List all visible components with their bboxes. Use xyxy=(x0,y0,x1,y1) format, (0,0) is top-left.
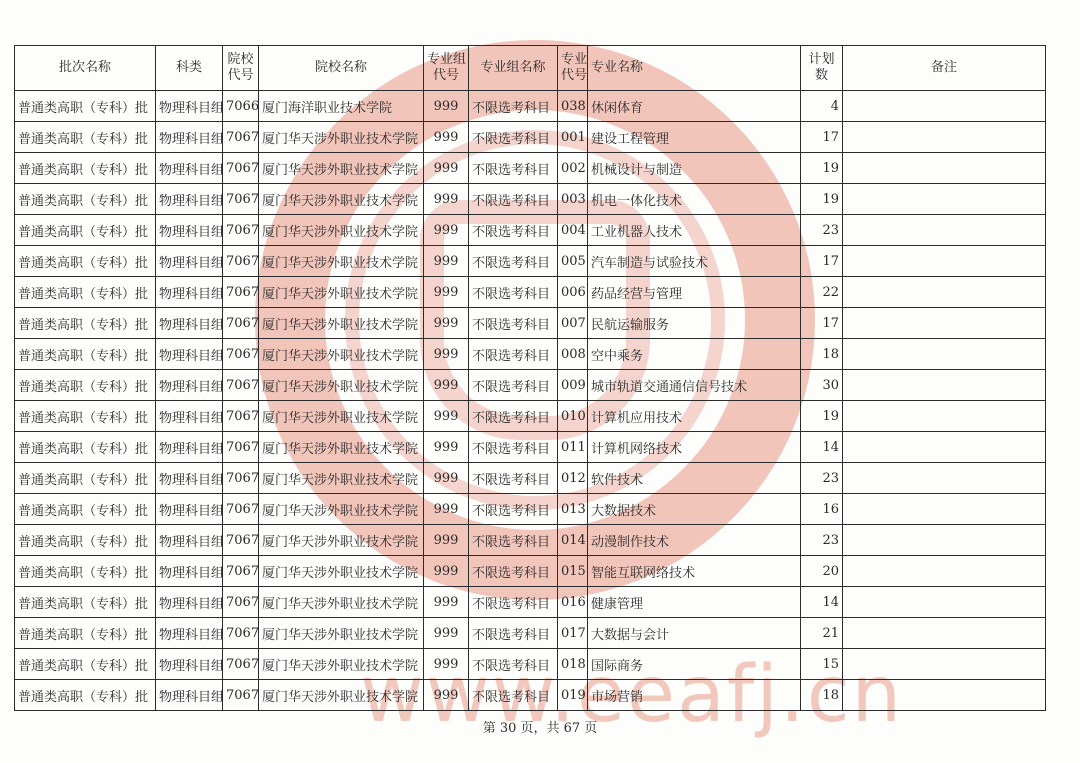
cell-school-code: 7067 xyxy=(223,308,259,339)
cell-school-name: 厦门华天涉外职业技术学院 xyxy=(259,525,424,556)
cell-plan: 18 xyxy=(801,339,843,370)
cell-major-name: 大数据技术 xyxy=(588,494,801,525)
cell-plan: 18 xyxy=(801,680,843,711)
header-category: 科类 xyxy=(156,46,223,91)
header-remarks: 备注 xyxy=(843,46,1046,91)
cell-batch: 普通类高职（专科）批 xyxy=(15,339,156,370)
cell-plan: 21 xyxy=(801,618,843,649)
cell-school-name: 厦门华天涉外职业技术学院 xyxy=(259,432,424,463)
cell-school-name: 厦门华天涉外职业技术学院 xyxy=(259,494,424,525)
cell-category: 物理科目组 xyxy=(156,277,223,308)
cell-school-name: 厦门华天涉外职业技术学院 xyxy=(259,649,424,680)
cell-major-code: 010 xyxy=(558,401,588,432)
cell-group-code: 999 xyxy=(424,339,469,370)
header-school-name: 院校名称 xyxy=(259,46,424,91)
cell-major-name: 休闲体育 xyxy=(588,91,801,122)
cell-group-code: 999 xyxy=(424,680,469,711)
table-row: 普通类高职（专科）批物理科目组7067厦门华天涉外职业技术学院999不限选考科目… xyxy=(15,649,1046,680)
cell-group-code: 999 xyxy=(424,556,469,587)
cell-school-code: 7067 xyxy=(223,494,259,525)
cell-group-name: 不限选考科目 xyxy=(469,246,558,277)
cell-major-name: 机械设计与制造 xyxy=(588,153,801,184)
cell-major-code: 004 xyxy=(558,215,588,246)
table-row: 普通类高职（专科）批物理科目组7067厦门华天涉外职业技术学院999不限选考科目… xyxy=(15,432,1046,463)
cell-batch: 普通类高职（专科）批 xyxy=(15,215,156,246)
cell-school-name: 厦门华天涉外职业技术学院 xyxy=(259,680,424,711)
cell-remarks xyxy=(843,525,1046,556)
table-row: 普通类高职（专科）批物理科目组7067厦门华天涉外职业技术学院999不限选考科目… xyxy=(15,680,1046,711)
cell-batch: 普通类高职（专科）批 xyxy=(15,122,156,153)
cell-category: 物理科目组 xyxy=(156,246,223,277)
cell-batch: 普通类高职（专科）批 xyxy=(15,153,156,184)
cell-plan: 19 xyxy=(801,401,843,432)
admission-plan-table: 批次名称 科类 院校代号 院校名称 专业组代号 专业组名称 专业代号 专业名称 … xyxy=(14,45,1046,711)
cell-category: 物理科目组 xyxy=(156,680,223,711)
cell-group-name: 不限选考科目 xyxy=(469,587,558,618)
cell-major-name: 城市轨道交通通信信号技术 xyxy=(588,370,801,401)
header-batch: 批次名称 xyxy=(15,46,156,91)
cell-group-name: 不限选考科目 xyxy=(469,184,558,215)
cell-major-name: 动漫制作技术 xyxy=(588,525,801,556)
cell-major-name: 民航运输服务 xyxy=(588,308,801,339)
table-row: 普通类高职（专科）批物理科目组7067厦门华天涉外职业技术学院999不限选考科目… xyxy=(15,587,1046,618)
cell-plan: 4 xyxy=(801,91,843,122)
cell-school-code: 7067 xyxy=(223,432,259,463)
cell-major-code: 038 xyxy=(558,91,588,122)
cell-category: 物理科目组 xyxy=(156,215,223,246)
cell-group-code: 999 xyxy=(424,463,469,494)
table-body: 普通类高职（专科）批物理科目组7066厦门海洋职业技术学院999不限选考科目03… xyxy=(15,91,1046,711)
cell-batch: 普通类高职（专科）批 xyxy=(15,91,156,122)
document-page: www.eeafj.cn 批次名称 科类 院校代号 院校名称 专业组代号 专业组… xyxy=(0,0,1080,763)
cell-group-name: 不限选考科目 xyxy=(469,432,558,463)
cell-major-code: 017 xyxy=(558,618,588,649)
cell-batch: 普通类高职（专科）批 xyxy=(15,494,156,525)
cell-school-name: 厦门华天涉外职业技术学院 xyxy=(259,308,424,339)
cell-major-code: 019 xyxy=(558,680,588,711)
cell-group-name: 不限选考科目 xyxy=(469,463,558,494)
header-school-code: 院校代号 xyxy=(223,46,259,91)
cell-category: 物理科目组 xyxy=(156,618,223,649)
cell-major-code: 012 xyxy=(558,463,588,494)
table-row: 普通类高职（专科）批物理科目组7067厦门华天涉外职业技术学院999不限选考科目… xyxy=(15,494,1046,525)
cell-school-name: 厦门华天涉外职业技术学院 xyxy=(259,370,424,401)
cell-remarks xyxy=(843,308,1046,339)
cell-remarks xyxy=(843,680,1046,711)
cell-school-name: 厦门华天涉外职业技术学院 xyxy=(259,184,424,215)
cell-category: 物理科目组 xyxy=(156,587,223,618)
cell-major-name: 市场营销 xyxy=(588,680,801,711)
cell-school-code: 7067 xyxy=(223,277,259,308)
cell-category: 物理科目组 xyxy=(156,122,223,153)
cell-school-code: 7067 xyxy=(223,339,259,370)
cell-school-code: 7067 xyxy=(223,463,259,494)
cell-batch: 普通类高职（专科）批 xyxy=(15,432,156,463)
cell-major-code: 005 xyxy=(558,246,588,277)
cell-category: 物理科目组 xyxy=(156,525,223,556)
cell-school-name: 厦门海洋职业技术学院 xyxy=(259,91,424,122)
cell-category: 物理科目组 xyxy=(156,370,223,401)
cell-group-code: 999 xyxy=(424,246,469,277)
cell-remarks xyxy=(843,401,1046,432)
cell-remarks xyxy=(843,246,1046,277)
page-number: 第 30 页，共 67 页 xyxy=(0,717,1080,736)
cell-batch: 普通类高职（专科）批 xyxy=(15,184,156,215)
cell-school-name: 厦门华天涉外职业技术学院 xyxy=(259,339,424,370)
cell-school-code: 7067 xyxy=(223,246,259,277)
cell-major-code: 001 xyxy=(558,122,588,153)
header-plan: 计划数 xyxy=(801,46,843,91)
cell-school-name: 厦门华天涉外职业技术学院 xyxy=(259,246,424,277)
cell-plan: 19 xyxy=(801,153,843,184)
cell-category: 物理科目组 xyxy=(156,184,223,215)
cell-category: 物理科目组 xyxy=(156,556,223,587)
cell-group-name: 不限选考科目 xyxy=(469,618,558,649)
table-row: 普通类高职（专科）批物理科目组7067厦门华天涉外职业技术学院999不限选考科目… xyxy=(15,525,1046,556)
cell-school-code: 7067 xyxy=(223,587,259,618)
cell-remarks xyxy=(843,184,1046,215)
cell-plan: 23 xyxy=(801,463,843,494)
cell-category: 物理科目组 xyxy=(156,91,223,122)
cell-group-name: 不限选考科目 xyxy=(469,401,558,432)
cell-plan: 17 xyxy=(801,246,843,277)
table-row: 普通类高职（专科）批物理科目组7067厦门华天涉外职业技术学院999不限选考科目… xyxy=(15,246,1046,277)
cell-group-code: 999 xyxy=(424,91,469,122)
cell-group-name: 不限选考科目 xyxy=(469,308,558,339)
cell-category: 物理科目组 xyxy=(156,432,223,463)
cell-group-name: 不限选考科目 xyxy=(469,91,558,122)
cell-school-code: 7067 xyxy=(223,153,259,184)
cell-group-code: 999 xyxy=(424,308,469,339)
cell-remarks xyxy=(843,153,1046,184)
header-group-name: 专业组名称 xyxy=(469,46,558,91)
cell-major-code: 008 xyxy=(558,339,588,370)
table-row: 普通类高职（专科）批物理科目组7067厦门华天涉外职业技术学院999不限选考科目… xyxy=(15,401,1046,432)
cell-batch: 普通类高职（专科）批 xyxy=(15,277,156,308)
cell-batch: 普通类高职（专科）批 xyxy=(15,370,156,401)
cell-batch: 普通类高职（专科）批 xyxy=(15,649,156,680)
cell-major-name: 机电一体化技术 xyxy=(588,184,801,215)
cell-remarks xyxy=(843,432,1046,463)
cell-school-code: 7066 xyxy=(223,91,259,122)
cell-plan: 20 xyxy=(801,556,843,587)
cell-group-code: 999 xyxy=(424,215,469,246)
cell-remarks xyxy=(843,370,1046,401)
cell-batch: 普通类高职（专科）批 xyxy=(15,246,156,277)
cell-school-code: 7067 xyxy=(223,618,259,649)
cell-school-code: 7067 xyxy=(223,215,259,246)
cell-category: 物理科目组 xyxy=(156,649,223,680)
cell-school-name: 厦门华天涉外职业技术学院 xyxy=(259,587,424,618)
cell-group-code: 999 xyxy=(424,618,469,649)
cell-category: 物理科目组 xyxy=(156,153,223,184)
cell-batch: 普通类高职（专科）批 xyxy=(15,680,156,711)
table-row: 普通类高职（专科）批物理科目组7067厦门华天涉外职业技术学院999不限选考科目… xyxy=(15,122,1046,153)
cell-plan: 22 xyxy=(801,277,843,308)
cell-major-code: 018 xyxy=(558,649,588,680)
table-row: 普通类高职（专科）批物理科目组7067厦门华天涉外职业技术学院999不限选考科目… xyxy=(15,277,1046,308)
cell-school-name: 厦门华天涉外职业技术学院 xyxy=(259,463,424,494)
cell-remarks xyxy=(843,556,1046,587)
header-major-code: 专业代号 xyxy=(558,46,588,91)
cell-school-code: 7067 xyxy=(223,401,259,432)
cell-school-code: 7067 xyxy=(223,649,259,680)
cell-school-code: 7067 xyxy=(223,680,259,711)
cell-major-name: 国际商务 xyxy=(588,649,801,680)
cell-batch: 普通类高职（专科）批 xyxy=(15,587,156,618)
cell-group-code: 999 xyxy=(424,432,469,463)
cell-group-code: 999 xyxy=(424,525,469,556)
cell-remarks xyxy=(843,649,1046,680)
cell-group-code: 999 xyxy=(424,587,469,618)
cell-major-code: 016 xyxy=(558,587,588,618)
cell-group-name: 不限选考科目 xyxy=(469,556,558,587)
table-row: 普通类高职（专科）批物理科目组7067厦门华天涉外职业技术学院999不限选考科目… xyxy=(15,184,1046,215)
cell-remarks xyxy=(843,494,1046,525)
cell-category: 物理科目组 xyxy=(156,308,223,339)
cell-school-code: 7067 xyxy=(223,556,259,587)
cell-batch: 普通类高职（专科）批 xyxy=(15,618,156,649)
cell-school-name: 厦门华天涉外职业技术学院 xyxy=(259,618,424,649)
cell-group-code: 999 xyxy=(424,184,469,215)
cell-group-code: 999 xyxy=(424,649,469,680)
header-major-name: 专业名称 xyxy=(588,46,801,91)
cell-major-code: 011 xyxy=(558,432,588,463)
cell-group-name: 不限选考科目 xyxy=(469,277,558,308)
cell-remarks xyxy=(843,91,1046,122)
cell-group-name: 不限选考科目 xyxy=(469,494,558,525)
cell-major-code: 006 xyxy=(558,277,588,308)
cell-plan: 23 xyxy=(801,215,843,246)
table-row: 普通类高职（专科）批物理科目组7067厦门华天涉外职业技术学院999不限选考科目… xyxy=(15,618,1046,649)
cell-category: 物理科目组 xyxy=(156,494,223,525)
cell-group-name: 不限选考科目 xyxy=(469,649,558,680)
cell-batch: 普通类高职（专科）批 xyxy=(15,308,156,339)
cell-plan: 30 xyxy=(801,370,843,401)
cell-group-name: 不限选考科目 xyxy=(469,525,558,556)
table-row: 普通类高职（专科）批物理科目组7067厦门华天涉外职业技术学院999不限选考科目… xyxy=(15,215,1046,246)
cell-plan: 14 xyxy=(801,587,843,618)
cell-remarks xyxy=(843,122,1046,153)
cell-plan: 23 xyxy=(801,525,843,556)
cell-major-code: 003 xyxy=(558,184,588,215)
cell-remarks xyxy=(843,277,1046,308)
cell-plan: 17 xyxy=(801,122,843,153)
cell-school-code: 7067 xyxy=(223,122,259,153)
cell-group-name: 不限选考科目 xyxy=(469,370,558,401)
cell-remarks xyxy=(843,463,1046,494)
cell-major-name: 计算机网络技术 xyxy=(588,432,801,463)
cell-group-name: 不限选考科目 xyxy=(469,215,558,246)
table-row: 普通类高职（专科）批物理科目组7066厦门海洋职业技术学院999不限选考科目03… xyxy=(15,91,1046,122)
cell-major-code: 007 xyxy=(558,308,588,339)
cell-school-name: 厦门华天涉外职业技术学院 xyxy=(259,215,424,246)
cell-major-code: 014 xyxy=(558,525,588,556)
cell-group-name: 不限选考科目 xyxy=(469,680,558,711)
table-row: 普通类高职（专科）批物理科目组7067厦门华天涉外职业技术学院999不限选考科目… xyxy=(15,153,1046,184)
cell-plan: 16 xyxy=(801,494,843,525)
cell-remarks xyxy=(843,215,1046,246)
cell-school-name: 厦门华天涉外职业技术学院 xyxy=(259,401,424,432)
table-row: 普通类高职（专科）批物理科目组7067厦门华天涉外职业技术学院999不限选考科目… xyxy=(15,463,1046,494)
cell-major-name: 汽车制造与试验技术 xyxy=(588,246,801,277)
cell-remarks xyxy=(843,618,1046,649)
cell-batch: 普通类高职（专科）批 xyxy=(15,525,156,556)
cell-major-name: 智能互联网络技术 xyxy=(588,556,801,587)
cell-batch: 普通类高职（专科）批 xyxy=(15,401,156,432)
cell-school-name: 厦门华天涉外职业技术学院 xyxy=(259,122,424,153)
cell-plan: 15 xyxy=(801,649,843,680)
header-group-code: 专业组代号 xyxy=(424,46,469,91)
cell-group-name: 不限选考科目 xyxy=(469,153,558,184)
cell-major-name: 空中乘务 xyxy=(588,339,801,370)
cell-plan: 17 xyxy=(801,308,843,339)
cell-group-code: 999 xyxy=(424,370,469,401)
cell-major-name: 大数据与会计 xyxy=(588,618,801,649)
cell-category: 物理科目组 xyxy=(156,401,223,432)
cell-school-name: 厦门华天涉外职业技术学院 xyxy=(259,556,424,587)
cell-major-name: 建设工程管理 xyxy=(588,122,801,153)
cell-major-name: 健康管理 xyxy=(588,587,801,618)
cell-major-code: 009 xyxy=(558,370,588,401)
cell-school-name: 厦门华天涉外职业技术学院 xyxy=(259,153,424,184)
cell-major-code: 013 xyxy=(558,494,588,525)
table-row: 普通类高职（专科）批物理科目组7067厦门华天涉外职业技术学院999不限选考科目… xyxy=(15,556,1046,587)
cell-major-name: 工业机器人技术 xyxy=(588,215,801,246)
cell-remarks xyxy=(843,339,1046,370)
cell-school-code: 7067 xyxy=(223,184,259,215)
cell-category: 物理科目组 xyxy=(156,339,223,370)
cell-plan: 19 xyxy=(801,184,843,215)
table-header-row: 批次名称 科类 院校代号 院校名称 专业组代号 专业组名称 专业代号 专业名称 … xyxy=(15,46,1046,91)
cell-plan: 14 xyxy=(801,432,843,463)
cell-major-name: 软件技术 xyxy=(588,463,801,494)
cell-major-name: 药品经营与管理 xyxy=(588,277,801,308)
cell-major-name: 计算机应用技术 xyxy=(588,401,801,432)
cell-major-code: 015 xyxy=(558,556,588,587)
table-row: 普通类高职（专科）批物理科目组7067厦门华天涉外职业技术学院999不限选考科目… xyxy=(15,370,1046,401)
cell-batch: 普通类高职（专科）批 xyxy=(15,556,156,587)
cell-group-code: 999 xyxy=(424,122,469,153)
cell-batch: 普通类高职（专科）批 xyxy=(15,463,156,494)
cell-school-name: 厦门华天涉外职业技术学院 xyxy=(259,277,424,308)
table-row: 普通类高职（专科）批物理科目组7067厦门华天涉外职业技术学院999不限选考科目… xyxy=(15,308,1046,339)
cell-major-code: 002 xyxy=(558,153,588,184)
cell-category: 物理科目组 xyxy=(156,463,223,494)
cell-school-code: 7067 xyxy=(223,370,259,401)
cell-school-code: 7067 xyxy=(223,525,259,556)
cell-group-name: 不限选考科目 xyxy=(469,122,558,153)
cell-remarks xyxy=(843,587,1046,618)
table-row: 普通类高职（专科）批物理科目组7067厦门华天涉外职业技术学院999不限选考科目… xyxy=(15,339,1046,370)
cell-group-code: 999 xyxy=(424,401,469,432)
cell-group-code: 999 xyxy=(424,494,469,525)
cell-group-name: 不限选考科目 xyxy=(469,339,558,370)
cell-group-code: 999 xyxy=(424,153,469,184)
cell-group-code: 999 xyxy=(424,277,469,308)
